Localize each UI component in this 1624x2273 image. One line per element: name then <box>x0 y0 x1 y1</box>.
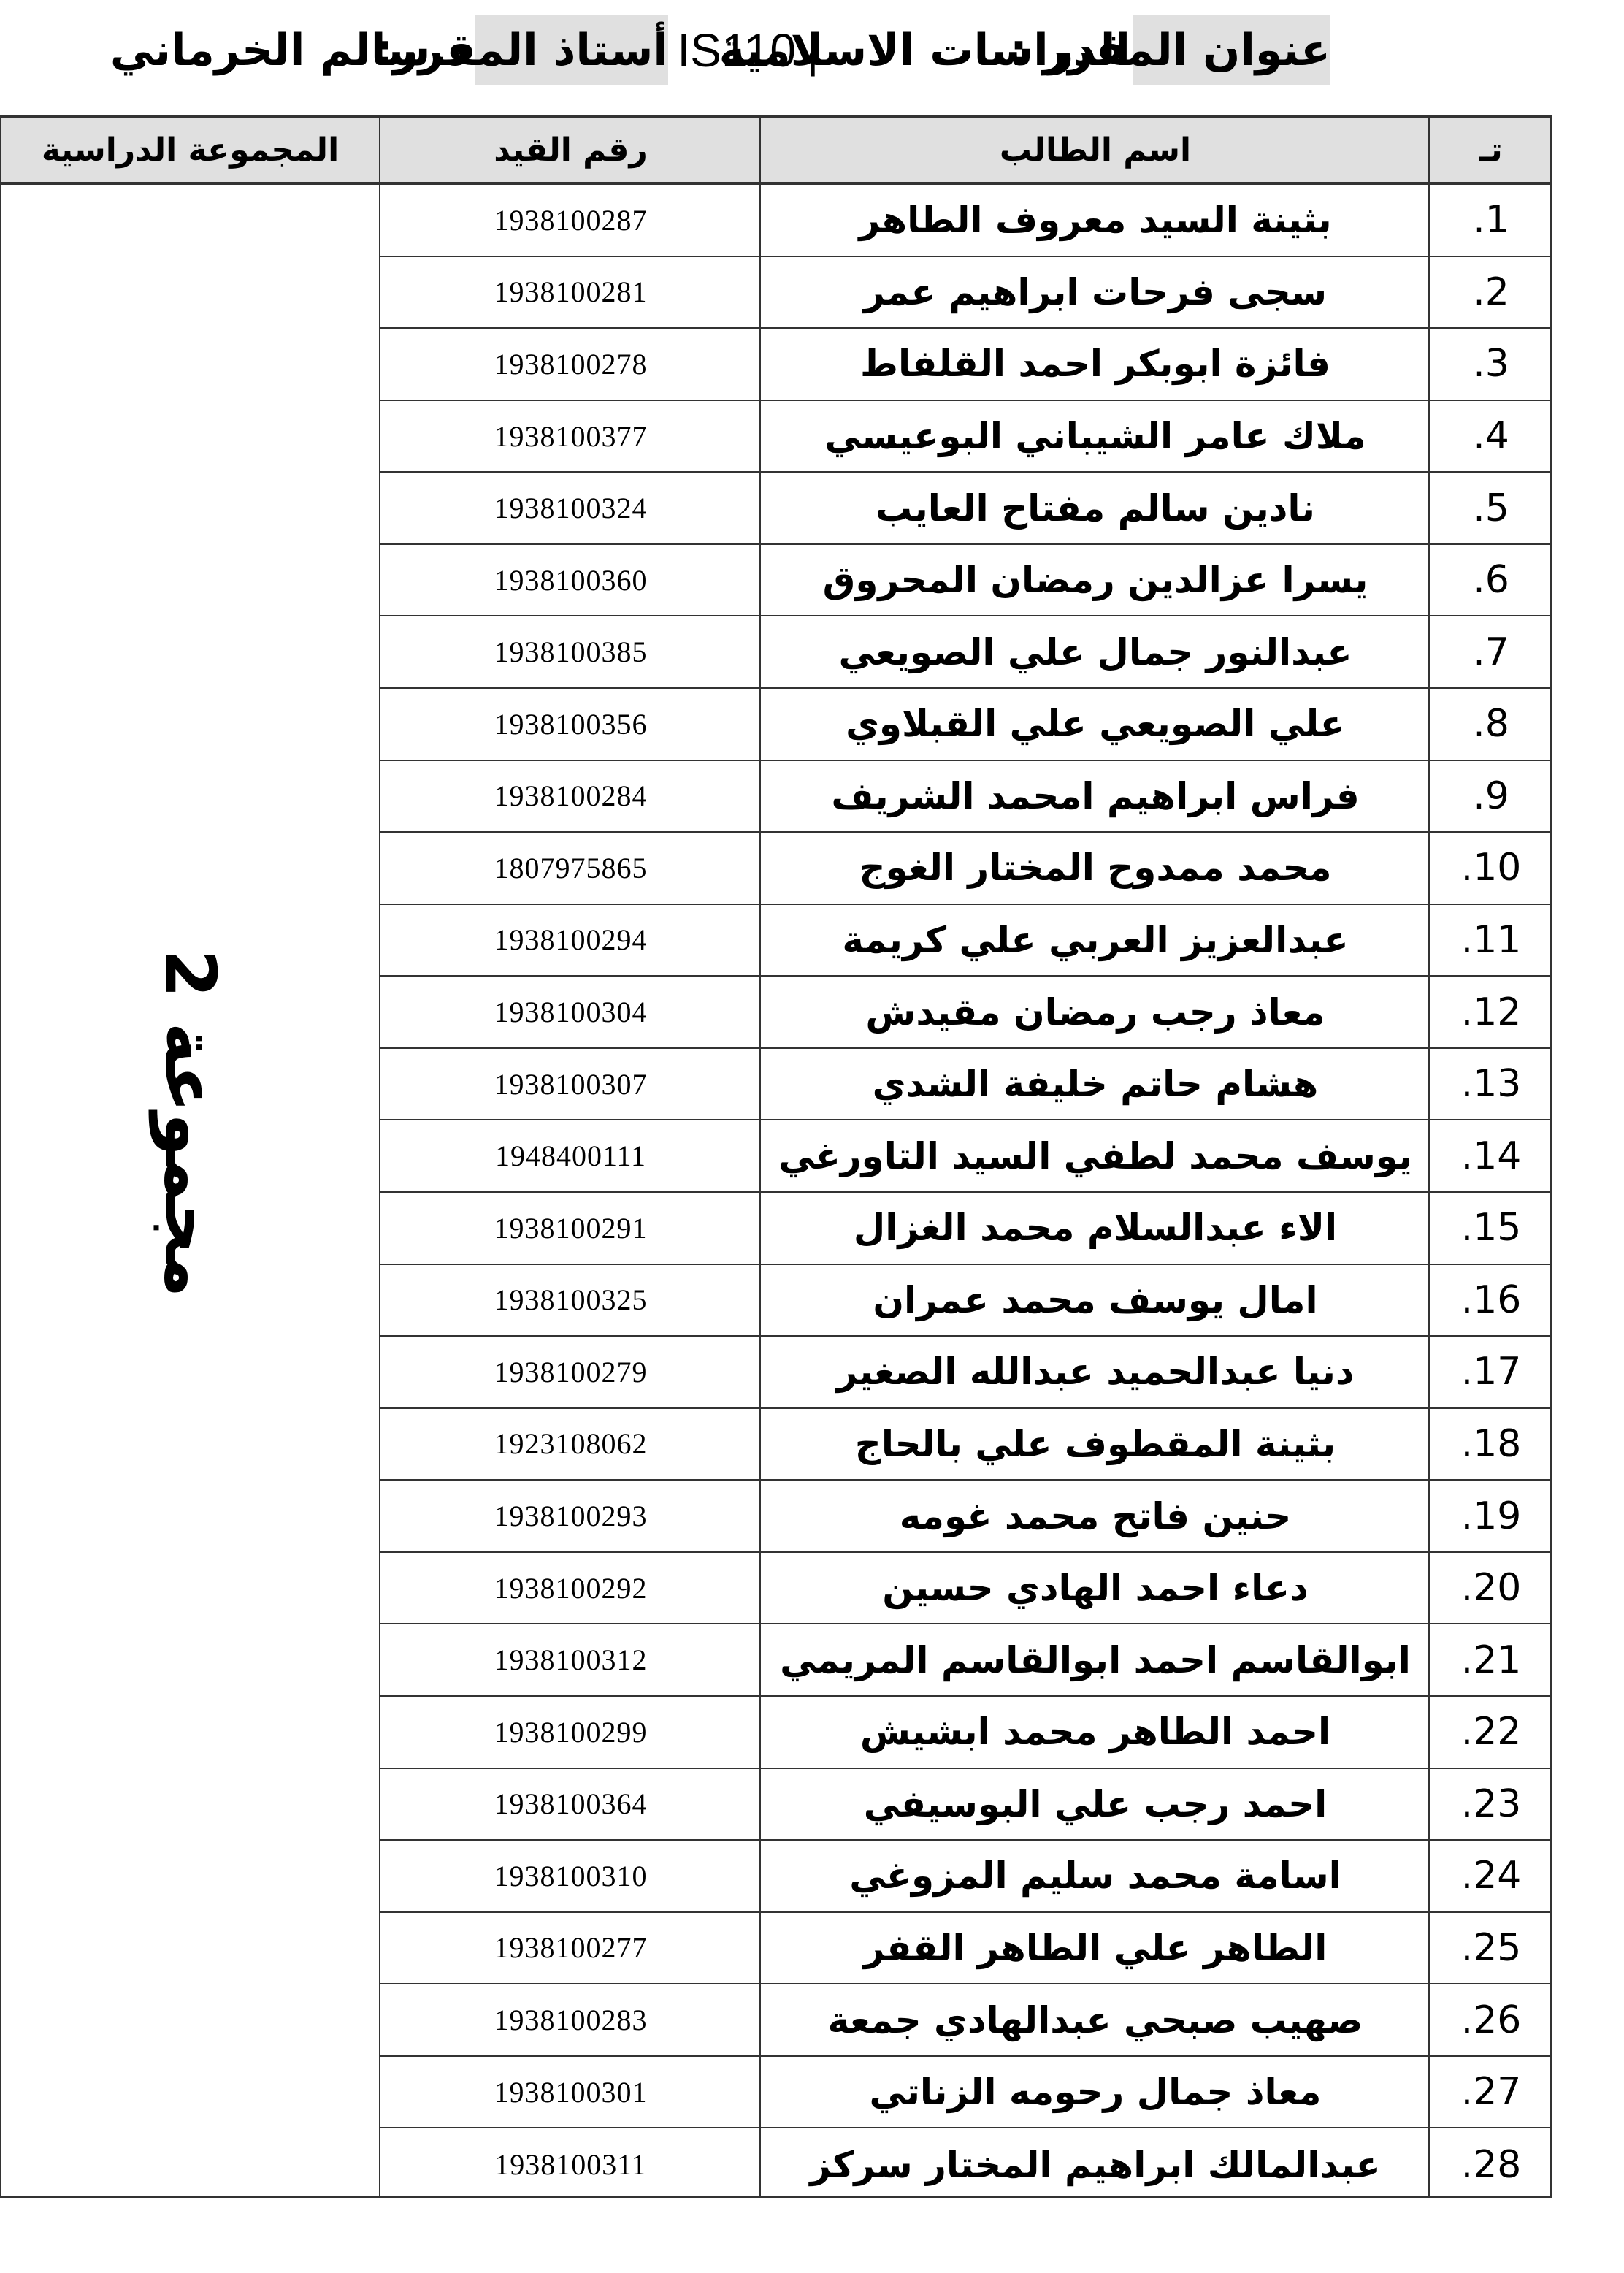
row-number-cell: 26. <box>1430 1984 1552 2055</box>
student-id-cell: 1938100279 <box>380 1337 761 1407</box>
row-number-cell: 4. <box>1430 401 1552 472</box>
student-name-cell: اسامة محمد سليم المزوغي <box>761 1841 1430 1911</box>
row-number-cell: 19. <box>1430 1481 1552 1551</box>
student-id-cell: 1938100324 <box>380 473 761 543</box>
row-number-cell: 10. <box>1430 833 1552 904</box>
student-id-cell: 1938100291 <box>380 1193 761 1264</box>
student-id-cell: 1938100312 <box>380 1624 761 1695</box>
student-id-cell: 1938100360 <box>380 545 761 616</box>
row-number-cell: 2. <box>1430 257 1552 328</box>
column-header-group: المجموعة الدراسية <box>1 118 379 182</box>
row-number-cell: 17. <box>1430 1337 1552 1407</box>
row-number-cell: 24. <box>1430 1841 1552 1911</box>
table-row: 1938100293 حنين فاتح محمد غومه 19. <box>380 1481 1552 1553</box>
row-number-cell: 27. <box>1430 2057 1552 2128</box>
student-id-cell: 1923108062 <box>380 1409 761 1480</box>
student-name-cell: دعاء احمد الهادي حسين <box>761 1553 1430 1624</box>
row-number-cell: 21. <box>1430 1624 1552 1695</box>
row-number-cell: 1. <box>1430 185 1552 256</box>
course-code: IS110 <box>679 15 796 85</box>
row-number-cell: 20. <box>1430 1553 1552 1624</box>
row-number-cell: 25. <box>1430 1913 1552 1984</box>
student-name-cell: الطاهر علي الطاهر القفر <box>761 1913 1430 1984</box>
student-name-cell: بثينة السيد معروف الطاهر <box>761 185 1430 256</box>
student-name-cell: حنين فاتح محمد غومه <box>761 1481 1430 1551</box>
table-row: 1938100310 اسامة محمد سليم المزوغي 24. <box>380 1841 1552 1913</box>
row-number-cell: 5. <box>1430 473 1552 543</box>
row-number-cell: 15. <box>1430 1193 1552 1264</box>
student-name-cell: الاء عبدالسلام محمد الغزال <box>761 1193 1430 1264</box>
row-number-cell: 8. <box>1430 689 1552 760</box>
student-name-cell: معاذ رجب رمضان مقيدش <box>761 977 1430 1047</box>
table-row: 1938100287 بثينة السيد معروف الطاهر 1. <box>380 185 1552 257</box>
student-name-cell: فراس ابراهيم امحمد الشريف <box>761 761 1430 832</box>
student-table: المجموعة الدراسية رقم القيد اسم الطالب ت… <box>0 115 1552 2198</box>
table-row: 1938100281 سجى فرحات ابراهيم عمر 2. <box>380 257 1552 329</box>
table-row: 1938100356 علي الصويعي علي القبلاوي 8. <box>380 689 1552 761</box>
table-row: 1938100292 دعاء احمد الهادي حسين 20. <box>380 1553 1552 1625</box>
student-name-cell: معاذ جمال رحومه الزناتي <box>761 2057 1430 2128</box>
table-row: 1938100385 عبدالنور جمال علي الصويعي 7. <box>380 616 1552 689</box>
student-name-cell: سجى فرحات ابراهيم عمر <box>761 257 1430 328</box>
row-number-cell: 18. <box>1430 1409 1552 1480</box>
student-id-cell: 1938100294 <box>380 905 761 976</box>
row-number-cell: 3. <box>1430 329 1552 400</box>
row-number-cell: 22. <box>1430 1697 1552 1768</box>
table-row: 1923108062 بثينة المقطوف علي بالحاج 18. <box>380 1409 1552 1481</box>
student-id-cell: 1938100307 <box>380 1049 761 1120</box>
row-number-cell: 23. <box>1430 1769 1552 1840</box>
student-id-cell: 1938100292 <box>380 1553 761 1624</box>
student-name-cell: احمد رجب علي البوسيفي <box>761 1769 1430 1840</box>
student-id-cell: 1938100325 <box>380 1265 761 1336</box>
instructor-name: د.سالم الخرماني <box>218 15 470 85</box>
student-id-cell: 1938100301 <box>380 2057 761 2128</box>
column-header-name: اسم الطالب <box>761 118 1430 182</box>
table-row: 1938100360 يسرا عزالدين رمضان المحروق 6. <box>380 545 1552 617</box>
table-row: 1938100284 فراس ابراهيم امحمد الشريف 9. <box>380 761 1552 833</box>
student-name-cell: عبدالمالك ابراهيم المختار سركز <box>761 2128 1430 2201</box>
student-name-cell: عبدالعزيز العربي علي كريمة <box>761 905 1430 976</box>
student-id-cell: 1938100299 <box>380 1697 761 1768</box>
table-row: 1938100294 عبدالعزيز العربي علي كريمة 11… <box>380 905 1552 977</box>
table-row: 1948400111 يوسف محمد لطفي السيد التاورغي… <box>380 1120 1552 1193</box>
student-name-cell: نادين سالم مفتاح العايب <box>761 473 1430 543</box>
course-title-value: الدراسات الاسلامية <box>831 15 1130 85</box>
student-name-cell: صهيب صبحي عبدالهادي جمعة <box>761 1984 1430 2055</box>
table-row: 1938100311 عبدالمالك ابراهيم المختار سرك… <box>380 2128 1552 2201</box>
table-row: 1938100325 امال يوسف محمد عمران 16. <box>380 1265 1552 1337</box>
student-name-cell: ابوالقاسم احمد ابوالقاسم المريمي <box>761 1624 1430 1695</box>
table-row: 1938100299 احمد الطاهر محمد ابشيش 22. <box>380 1697 1552 1769</box>
table-row: 1807975865 محمد ممدوح المختار الغوج 10. <box>380 833 1552 905</box>
table-row: 1938100278 فائزة ابوبكر احمد القلفاط 3. <box>380 329 1552 401</box>
student-name-cell: هشام حاتم خليفة الشدي <box>761 1049 1430 1120</box>
table-row: 1938100301 معاذ جمال رحومه الزناتي 27. <box>380 2057 1552 2129</box>
student-id-cell: 1938100284 <box>380 761 761 832</box>
student-name-cell: محمد ممدوح المختار الغوج <box>761 833 1430 904</box>
table-row: 1938100277 الطاهر علي الطاهر القفر 25. <box>380 1913 1552 1985</box>
student-id-cell: 1938100277 <box>380 1913 761 1984</box>
row-number-cell: 9. <box>1430 761 1552 832</box>
table-row: 1938100307 هشام حاتم خليفة الشدي 13. <box>380 1049 1552 1121</box>
table-row: 1938100364 احمد رجب علي البوسيفي 23. <box>380 1769 1552 1841</box>
student-id-cell: 1938100377 <box>380 401 761 472</box>
student-name-cell: يسرا عزالدين رمضان المحروق <box>761 545 1430 616</box>
student-id-cell: 1938100310 <box>380 1841 761 1911</box>
title-separator: | <box>802 15 824 85</box>
student-id-cell: 1938100278 <box>380 329 761 400</box>
row-number-cell: 14. <box>1430 1120 1552 1191</box>
student-name-cell: دنيا عبدالحميد عبدالله الصغير <box>761 1337 1430 1407</box>
student-name-cell: احمد الطاهر محمد ابشيش <box>761 1697 1430 1768</box>
student-id-cell: 1938100356 <box>380 689 761 760</box>
table-row: 1938100279 دنيا عبدالحميد عبدالله الصغير… <box>380 1337 1552 1409</box>
table-header: المجموعة الدراسية رقم القيد اسم الطالب ت… <box>1 118 1550 185</box>
student-id-cell: 1938100293 <box>380 1481 761 1551</box>
row-number-cell: 12. <box>1430 977 1552 1047</box>
table-row: 1938100377 ملاك عامر الشيباني البوعيسي 4… <box>380 401 1552 473</box>
table-row: 1938100304 معاذ رجب رمضان مقيدش 12. <box>380 977 1552 1049</box>
row-number-cell: 11. <box>1430 905 1552 976</box>
student-name-cell: امال يوسف محمد عمران <box>761 1265 1430 1336</box>
row-number-cell: 7. <box>1430 616 1552 687</box>
table-row: 1938100324 نادين سالم مفتاح العايب 5. <box>380 473 1552 545</box>
instructor-label: أستاذ المقرر: <box>475 15 668 85</box>
student-id-cell: 1938100283 <box>380 1984 761 2055</box>
table-row: 1938100312 ابوالقاسم احمد ابوالقاسم المر… <box>380 1624 1552 1697</box>
student-name-cell: يوسف محمد لطفي السيد التاورغي <box>761 1120 1430 1191</box>
student-id-cell: 1938100287 <box>380 185 761 256</box>
student-name-cell: فائزة ابوبكر احمد القلفاط <box>761 329 1430 400</box>
column-header-student-id: رقم القيد <box>380 118 761 182</box>
document-title: عنوان المقرر : الدراسات الاسلامية | IS11… <box>0 15 1624 85</box>
student-id-cell: 1938100311 <box>380 2128 761 2201</box>
student-id-cell: 1938100364 <box>380 1769 761 1840</box>
student-id-cell: 1938100304 <box>380 977 761 1047</box>
student-name-cell: بثينة المقطوف علي بالحاج <box>761 1409 1430 1480</box>
student-name-cell: عبدالنور جمال علي الصويعي <box>761 616 1430 687</box>
student-id-cell: 1938100385 <box>380 616 761 687</box>
row-number-cell: 6. <box>1430 545 1552 616</box>
student-id-cell: 1948400111 <box>380 1120 761 1191</box>
row-number-cell: 13. <box>1430 1049 1552 1120</box>
table-body: 1938100287 بثينة السيد معروف الطاهر 1. 1… <box>1 185 1550 2196</box>
table-row: 1938100283 صهيب صبحي عبدالهادي جمعة 26. <box>380 1984 1552 2057</box>
student-name-cell: ملاك عامر الشيباني البوعيسي <box>761 401 1430 472</box>
student-id-cell: 1938100281 <box>380 257 761 328</box>
course-title-label: عنوان المقرر : <box>1133 15 1330 85</box>
student-id-cell: 1807975865 <box>380 833 761 904</box>
row-number-cell: 28. <box>1430 2128 1552 2201</box>
student-name-cell: علي الصويعي علي القبلاوي <box>761 689 1430 760</box>
table-row: 1938100291 الاء عبدالسلام محمد الغزال 15… <box>380 1193 1552 1265</box>
row-number-cell: 16. <box>1430 1265 1552 1336</box>
column-header-number: تـ <box>1430 118 1552 182</box>
